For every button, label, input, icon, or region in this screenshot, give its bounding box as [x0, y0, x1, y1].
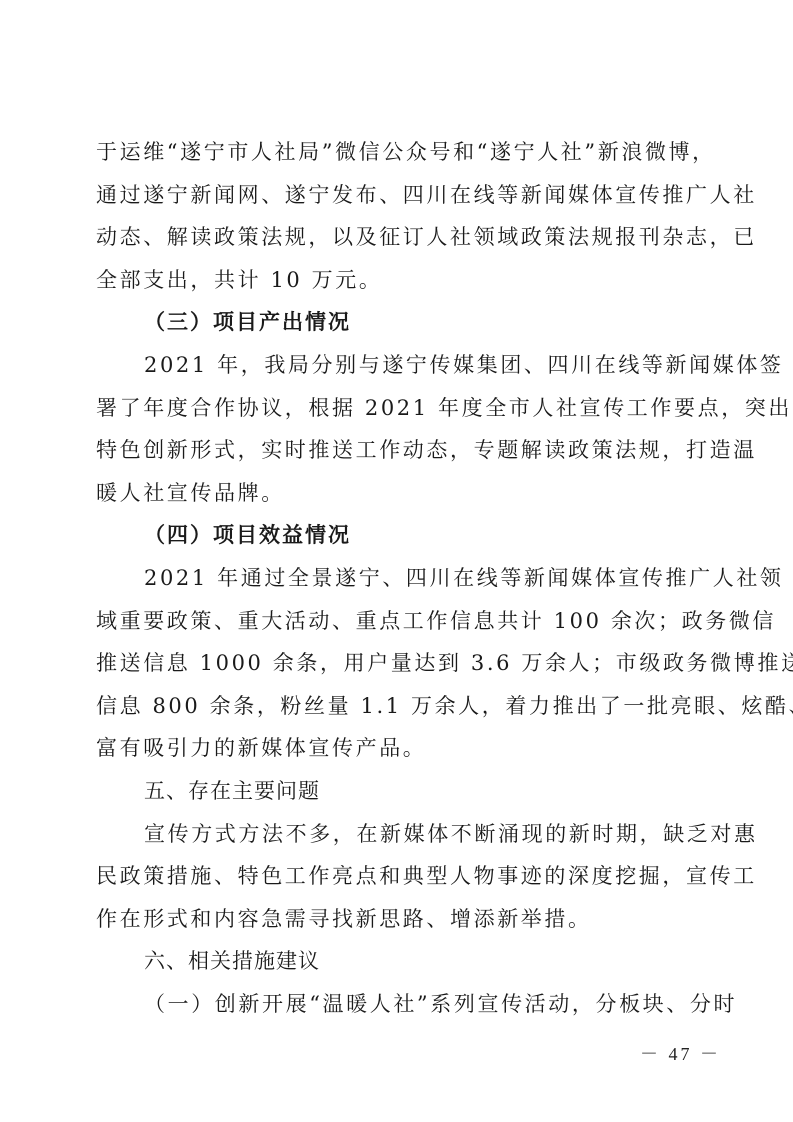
text-line: 署了年度合作协议，根据 2021 年度全市人社宣传工作要点，突出: [96, 387, 700, 430]
section-heading-main-problems: 五、存在主要问题: [96, 770, 700, 813]
document-page: 于运维“遂宁市人社局”微信公众号和“遂宁人社”新浪微博， 通过遂宁新闻网、遂宁发…: [96, 131, 700, 1025]
text-line: 信息 800 余条，粉丝量 1.1 万余人，着力推出了一批亮眼、炫酷、: [96, 685, 700, 728]
text-line: 2021 年，我局分别与遂宁传媒集团、四川在线等新闻媒体签: [96, 344, 700, 387]
section-heading-suggestions: 六、相关措施建议: [96, 940, 700, 983]
text-line: 特色创新形式，实时推送工作动态，专题解读政策法规，打造温: [96, 429, 700, 472]
text-line: 推送信息 1000 余条，用户量达到 3.6 万余人；市级政务微博推送: [96, 642, 700, 685]
paragraph-suggestions: （一）创新开展“温暖人社”系列宣传活动，分板块、分时: [96, 983, 700, 1026]
paragraph-project-output: 2021 年，我局分别与遂宁传媒集团、四川在线等新闻媒体签 署了年度合作协议，根…: [96, 344, 700, 514]
text-line: 作在形式和内容急需寻找新思路、增添新举措。: [96, 898, 700, 941]
text-line: 富有吸引力的新媒体宣传产品。: [96, 727, 700, 770]
section-heading-project-benefit: （四）项目效益情况: [96, 514, 700, 557]
text-line: 通过遂宁新闻网、遂宁发布、四川在线等新闻媒体宣传推广人社: [96, 174, 700, 217]
section-heading-project-output: （三）项目产出情况: [96, 301, 700, 344]
text-line: 域重要政策、重大活动、重点工作信息共计 100 余次；政务微信: [96, 600, 700, 643]
text-line: 动态、解读政策法规，以及征订人社领域政策法规报刊杂志，已: [96, 216, 700, 259]
page-number: － 47 －: [640, 1040, 721, 1066]
text-line: 宣传方式方法不多，在新媒体不断涌现的新时期，缺乏对惠: [96, 813, 700, 856]
paragraph-main-problems: 宣传方式方法不多，在新媒体不断涌现的新时期，缺乏对惠 民政策措施、特色工作亮点和…: [96, 813, 700, 941]
text-line: 民政策措施、特色工作亮点和典型人物事迹的深度挖掘，宣传工: [96, 855, 700, 898]
text-line: 2021 年通过全景遂宁、四川在线等新闻媒体宣传推广人社领: [96, 557, 700, 600]
paragraph-project-benefit: 2021 年通过全景遂宁、四川在线等新闻媒体宣传推广人社领 域重要政策、重大活动…: [96, 557, 700, 770]
continuation-paragraph: 于运维“遂宁市人社局”微信公众号和“遂宁人社”新浪微博， 通过遂宁新闻网、遂宁发…: [96, 131, 700, 301]
text-line: （一）创新开展“温暖人社”系列宣传活动，分板块、分时: [96, 983, 700, 1026]
text-line: 全部支出，共计 10 万元。: [96, 259, 700, 302]
text-line: 于运维“遂宁市人社局”微信公众号和“遂宁人社”新浪微博，: [96, 131, 700, 174]
text-line: 暖人社宣传品牌。: [96, 472, 700, 515]
